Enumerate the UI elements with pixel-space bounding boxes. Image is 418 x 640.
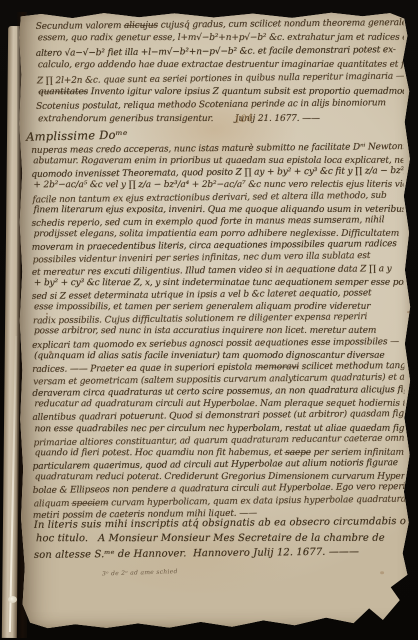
manuscript-line: extrahendorum generibus transigentur. Ju… xyxy=(38,113,404,127)
foxing-speck xyxy=(407,311,410,313)
letter-body: nuperas meas credo acceperas, nunc istas… xyxy=(31,142,405,520)
page-number: 104 xyxy=(234,113,254,126)
letter-closing-address: In literis suis mihi inscriptis atq́ obs… xyxy=(34,515,406,562)
binding-thread-knot xyxy=(8,596,17,603)
postscript-paragraph: Secundum valorem a̶l̶i̶c̶u̶j̶u̶s̶ cujusq… xyxy=(36,18,404,127)
manuscript-line: son altesse S.ᵐᵉ de Hannover. Hannovero … xyxy=(34,544,406,562)
foxing-speck xyxy=(380,571,384,574)
salutation-line: Amplissime Doᵐᵉ xyxy=(26,127,128,143)
docket-annotation: 3ᵒ de 2ᵒ ad ame schied xyxy=(102,568,178,577)
foxing-speck xyxy=(49,351,52,354)
foxing-speck xyxy=(46,313,48,315)
manuscript-page: Secundum valorem a̶l̶i̶c̶u̶j̶u̶s̶ cujusq… xyxy=(18,11,413,629)
manuscript-photo: Secundum valorem a̶l̶i̶c̶u̶j̶u̶s̶ cujusq… xyxy=(0,0,418,640)
